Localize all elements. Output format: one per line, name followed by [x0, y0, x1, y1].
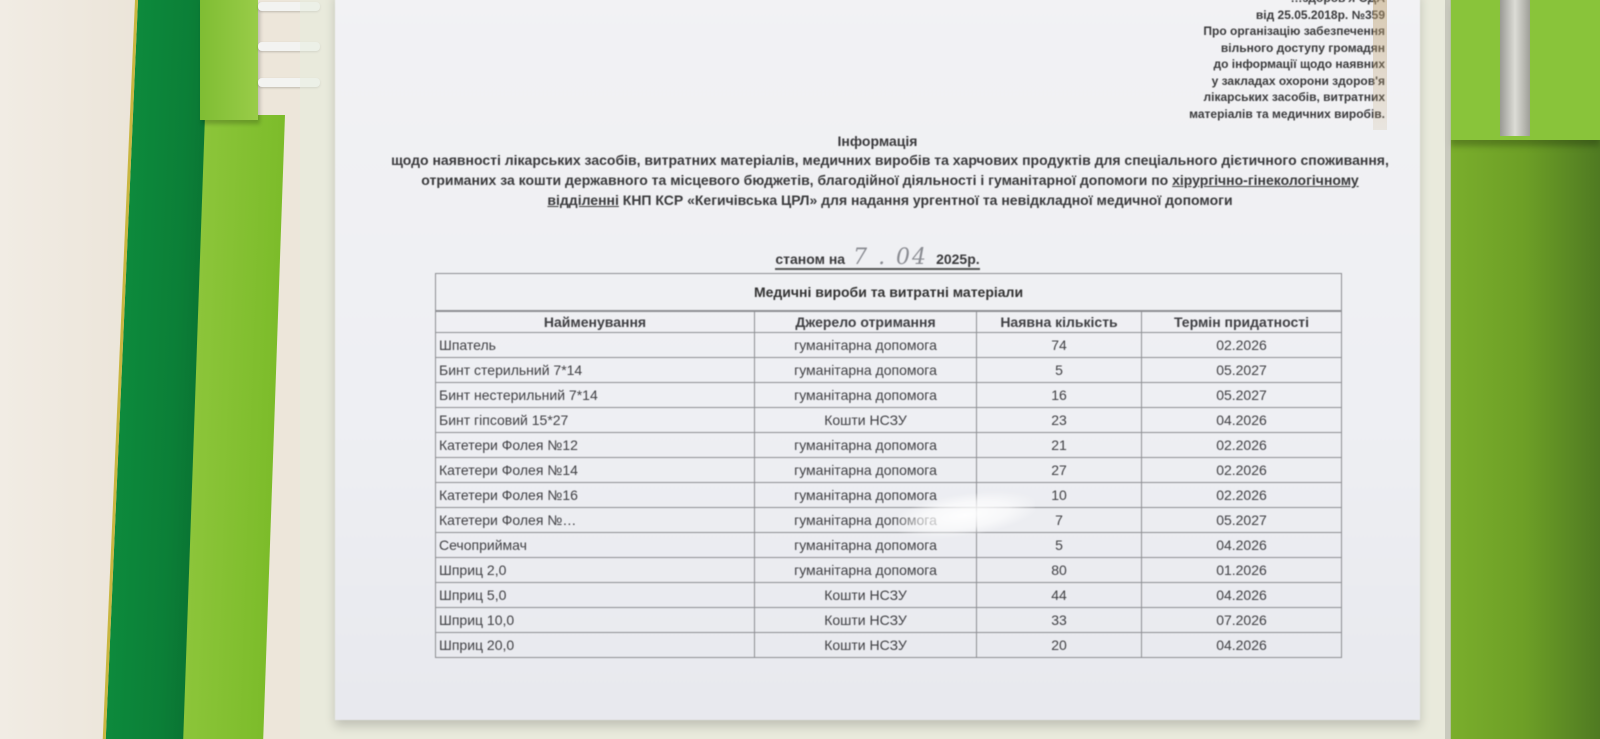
column-header-expiry: Термін придатності — [1142, 312, 1342, 333]
table-header-row: Найменування Джерело отримання Наявна кі… — [436, 312, 1341, 333]
cell-source: Кошти НСЗУ — [755, 583, 977, 608]
table-row: Шприц 2,0гуманітарна допомога8001.2026 — [436, 558, 1341, 583]
cell-quantity: 16 — [977, 383, 1142, 408]
table-row: Бинт нестерильний 7*14гуманітарна допомо… — [436, 383, 1341, 408]
intro-text-2: КНП КСР «Кегичівська ЦРЛ» для надання ур… — [619, 192, 1233, 208]
cell-expiry: 02.2026 — [1142, 433, 1342, 458]
cell-name: Катетери Фолея №12 — [436, 433, 755, 458]
handwritten-date: 7 . 04 — [845, 245, 936, 270]
cell-name: Катетери Фолея №14 — [436, 458, 755, 483]
cell-name: Катетери Фолея №16 — [436, 483, 755, 508]
cell-expiry: 04.2026 — [1142, 533, 1342, 558]
order-reference-line: Про організацію забезпечення — [1189, 23, 1385, 40]
column-header-name: Найменування — [436, 312, 755, 333]
supplies-table: Медичні вироби та витратні матеріали Най… — [435, 273, 1342, 658]
table-row: Шприц 10,0Кошти НСЗУ3307.2026 — [436, 608, 1341, 633]
right-metal-rail — [1500, 0, 1530, 136]
table-row: Катетери Фолея №12гуманітарна допомога21… — [436, 433, 1341, 458]
cell-expiry: 02.2026 — [1142, 458, 1342, 483]
cell-expiry: 05.2027 — [1142, 358, 1342, 383]
order-reference-line: вільного доступу громадян — [1189, 40, 1385, 57]
table-row: Шприц 20,0Кошти НСЗУ2004.2026 — [436, 633, 1341, 658]
cell-quantity: 33 — [977, 608, 1142, 633]
order-reference-line: до інформації щодо наявних — [1189, 56, 1385, 73]
cell-quantity: 5 — [977, 533, 1142, 558]
cell-expiry: 05.2027 — [1142, 383, 1342, 408]
document-title: Інформація — [335, 133, 1420, 149]
cell-source: гуманітарна допомога — [755, 533, 977, 558]
date-line: станом на7 . 042025р. — [335, 245, 1420, 270]
cell-expiry: 02.2026 — [1142, 483, 1342, 508]
cell-source: Кошти НСЗУ — [755, 633, 977, 658]
cell-name: Шприц 5,0 — [436, 583, 755, 608]
table-row: Шприц 5,0Кошти НСЗУ4404.2026 — [436, 583, 1341, 608]
notice-paper: …здоров'я ОДАвід 25.05.2018р. №359Про ор… — [335, 0, 1420, 720]
table-row: Бинт стерильний 7*14гуманітарна допомога… — [436, 358, 1341, 383]
cell-expiry: 07.2026 — [1142, 608, 1342, 633]
cell-quantity: 5 — [977, 358, 1142, 383]
order-reference-line: у закладах охорони здоров'я — [1189, 73, 1385, 90]
cell-expiry: 04.2026 — [1142, 408, 1342, 433]
cell-quantity: 80 — [977, 558, 1142, 583]
cell-name: Катетери Фолея №… — [436, 508, 755, 533]
cell-quantity: 27 — [977, 458, 1142, 483]
cell-quantity: 7 — [977, 508, 1142, 533]
order-reference: …здоров'я ОДАвід 25.05.2018р. №359Про ор… — [1189, 0, 1385, 122]
tape-stain — [1373, 0, 1387, 130]
cell-source: гуманітарна допомога — [755, 508, 977, 533]
column-header-quantity: Наявна кількість — [977, 312, 1142, 333]
order-reference-line: матеріалів та медичних виробів. — [1189, 106, 1385, 123]
table-row: Бинт гіпсовий 15*27Кошти НСЗУ2304.2026 — [436, 408, 1341, 433]
cell-name: Шприц 20,0 — [436, 633, 755, 658]
order-reference-line: лікарських засобів, витратних — [1189, 89, 1385, 106]
cell-source: гуманітарна допомога — [755, 483, 977, 508]
cell-quantity: 21 — [977, 433, 1142, 458]
cell-source: гуманітарна допомога — [755, 433, 977, 458]
cell-expiry: 01.2026 — [1142, 558, 1342, 583]
cell-quantity: 44 — [977, 583, 1142, 608]
table-row: Сечоприймачгуманітарна допомога504.2026 — [436, 533, 1341, 558]
document-intro: щодо наявності лікарських засобів, витра… — [390, 150, 1390, 210]
date-prefix: станом на — [775, 251, 845, 267]
order-reference-line: від 25.05.2018р. №359 — [1189, 7, 1385, 24]
cell-quantity: 74 — [977, 333, 1142, 358]
cell-name: Бинт нестерильний 7*14 — [436, 383, 755, 408]
cell-quantity: 20 — [977, 633, 1142, 658]
cell-source: гуманітарна допомога — [755, 333, 977, 358]
cell-name: Шприц 10,0 — [436, 608, 755, 633]
cell-name: Сечоприймач — [436, 533, 755, 558]
cell-source: Кошти НСЗУ — [755, 608, 977, 633]
cell-name: Шприц 2,0 — [436, 558, 755, 583]
cell-name: Бинт гіпсовий 15*27 — [436, 408, 755, 433]
cell-source: гуманітарна допомога — [755, 383, 977, 408]
cell-expiry: 04.2026 — [1142, 583, 1342, 608]
cell-expiry: 05.2027 — [1142, 508, 1342, 533]
cell-quantity: 10 — [977, 483, 1142, 508]
cell-source: гуманітарна допомога — [755, 458, 977, 483]
frame-cap — [200, 0, 258, 120]
cell-source: гуманітарна допомога — [755, 358, 977, 383]
table-row: Катетери Фолея №…гуманітарна допомога705… — [436, 508, 1341, 533]
cell-expiry: 04.2026 — [1142, 633, 1342, 658]
table-row: Катетери Фолея №16гуманітарна допомога10… — [436, 483, 1341, 508]
date-suffix: 2025р. — [936, 251, 980, 267]
column-header-source: Джерело отримання — [755, 312, 977, 333]
cell-source: гуманітарна допомога — [755, 558, 977, 583]
cell-quantity: 23 — [977, 408, 1142, 433]
cell-name: Бинт стерильний 7*14 — [436, 358, 755, 383]
cell-expiry: 02.2026 — [1142, 333, 1342, 358]
table-row: Шпательгуманітарна допомога7402.2026 — [436, 333, 1341, 358]
cell-source: Кошти НСЗУ — [755, 408, 977, 433]
table-row: Катетери Фолея №14гуманітарна допомога27… — [436, 458, 1341, 483]
table-caption: Медичні вироби та витратні матеріали — [436, 274, 1341, 311]
cell-name: Шпатель — [436, 333, 755, 358]
